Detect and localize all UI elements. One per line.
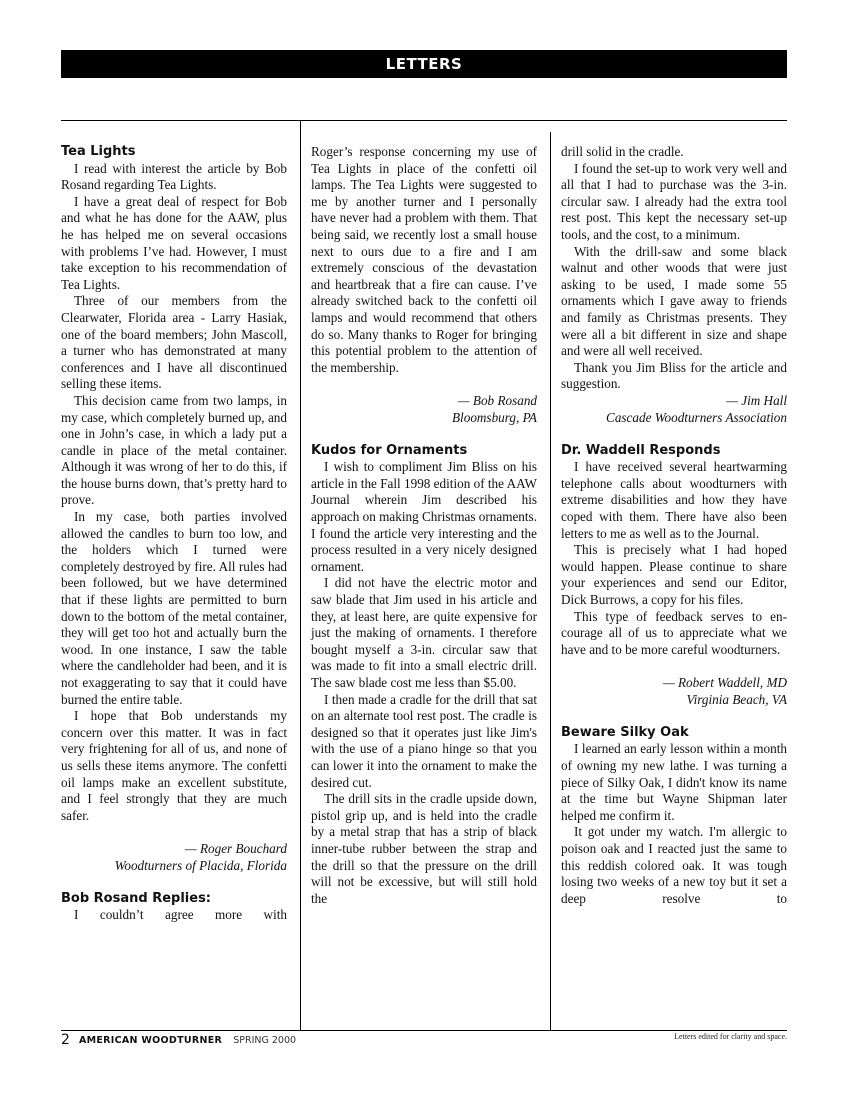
paragraph: Roger’s response concerning my use of Te… <box>311 144 537 376</box>
signature: — Robert Waddell, MD <box>561 675 787 692</box>
paragraph: I hope that Bob understands my concern o… <box>61 708 287 824</box>
letter-heading-kudos-ornaments: Kudos for Ornaments <box>311 443 537 460</box>
paragraph: I have received several heart­warming te… <box>561 459 787 542</box>
paragraph: Three of our members from the Clearwater… <box>61 293 287 393</box>
paragraph: It got under my watch. I'm allergic to p… <box>561 824 787 907</box>
page-number: 2 <box>61 1032 70 1048</box>
paragraph: The drill sits in the cradle upside down… <box>311 791 537 907</box>
paragraph: I did not have the electric motor and sa… <box>311 575 537 691</box>
affiliation: Woodturners of Placida, Florida <box>61 858 287 875</box>
section-header: LETTERS <box>61 50 787 78</box>
signature: — Jim Hall <box>561 393 787 410</box>
paragraph: This type of feedback serves to en­coura… <box>561 609 787 659</box>
column-2: Roger’s response concerning my use of Te… <box>311 144 537 907</box>
paragraph: With the drill-saw and some black walnut… <box>561 244 787 360</box>
affiliation: Bloomsburg, PA <box>311 410 537 427</box>
signature-block: — Roger Bouchard Woodturners of Placida,… <box>61 841 287 874</box>
letter-heading-waddell-responds: Dr. Waddell Responds <box>561 443 787 460</box>
paragraph: I have a great deal of respect for Bob a… <box>61 194 287 294</box>
affiliation: Virginia Beach, VA <box>561 692 787 709</box>
paragraph: Thank you Jim Bliss for the article and … <box>561 360 787 393</box>
paragraph: In my case, both parties involved allowe… <box>61 509 287 708</box>
signature-block: — Bob Rosand Bloomsburg, PA <box>311 393 537 426</box>
page-footer: 2 AMERICAN WOODTURNER SPRING 2000 <box>61 1033 296 1048</box>
signature-block: — Jim Hall Cascade Woodturners Associati… <box>561 393 787 426</box>
affiliation: Cascade Woodturners Association <box>561 410 787 427</box>
paragraph: I found the set-up to work very well and… <box>561 161 787 244</box>
paragraph: I learned an early lesson within a month… <box>561 741 787 824</box>
top-rule <box>61 120 787 121</box>
paragraph: I wish to compliment Jim Bliss on his ar… <box>311 459 537 575</box>
paragraph: drill solid in the cradle. <box>561 144 787 161</box>
column-3: drill solid in the cradle. I found the s… <box>561 144 787 907</box>
letter-heading-rosand-replies: Bob Rosand Replies: <box>61 891 287 908</box>
signature: — Roger Bouchard <box>61 841 287 858</box>
magazine-name: AMERICAN WOODTURNER <box>79 1035 222 1046</box>
column-divider-1 <box>300 120 301 1030</box>
paragraph: I then made a cradle for the drill that … <box>311 692 537 792</box>
letter-heading-tea-lights: Tea Lights <box>61 144 287 161</box>
editorial-note: Letters edited for clarity and space. <box>674 1031 787 1043</box>
paragraph: This is precisely what I had hoped would… <box>561 542 787 608</box>
signature: — Bob Rosand <box>311 393 537 410</box>
signature-block: — Robert Waddell, MD Virginia Beach, VA <box>561 675 787 708</box>
column-divider-2 <box>550 132 551 1030</box>
column-1: Tea Lights I read with interest the arti… <box>61 144 287 924</box>
paragraph: I couldn’t agree more with <box>61 907 287 924</box>
section-title: LETTERS <box>386 55 463 73</box>
issue-label: SPRING 2000 <box>233 1035 296 1046</box>
paragraph: This decision came from two lamps, in my… <box>61 393 287 509</box>
letter-heading-silky-oak: Beware Silky Oak <box>561 725 787 742</box>
paragraph: I read with interest the article by Bob … <box>61 161 287 194</box>
